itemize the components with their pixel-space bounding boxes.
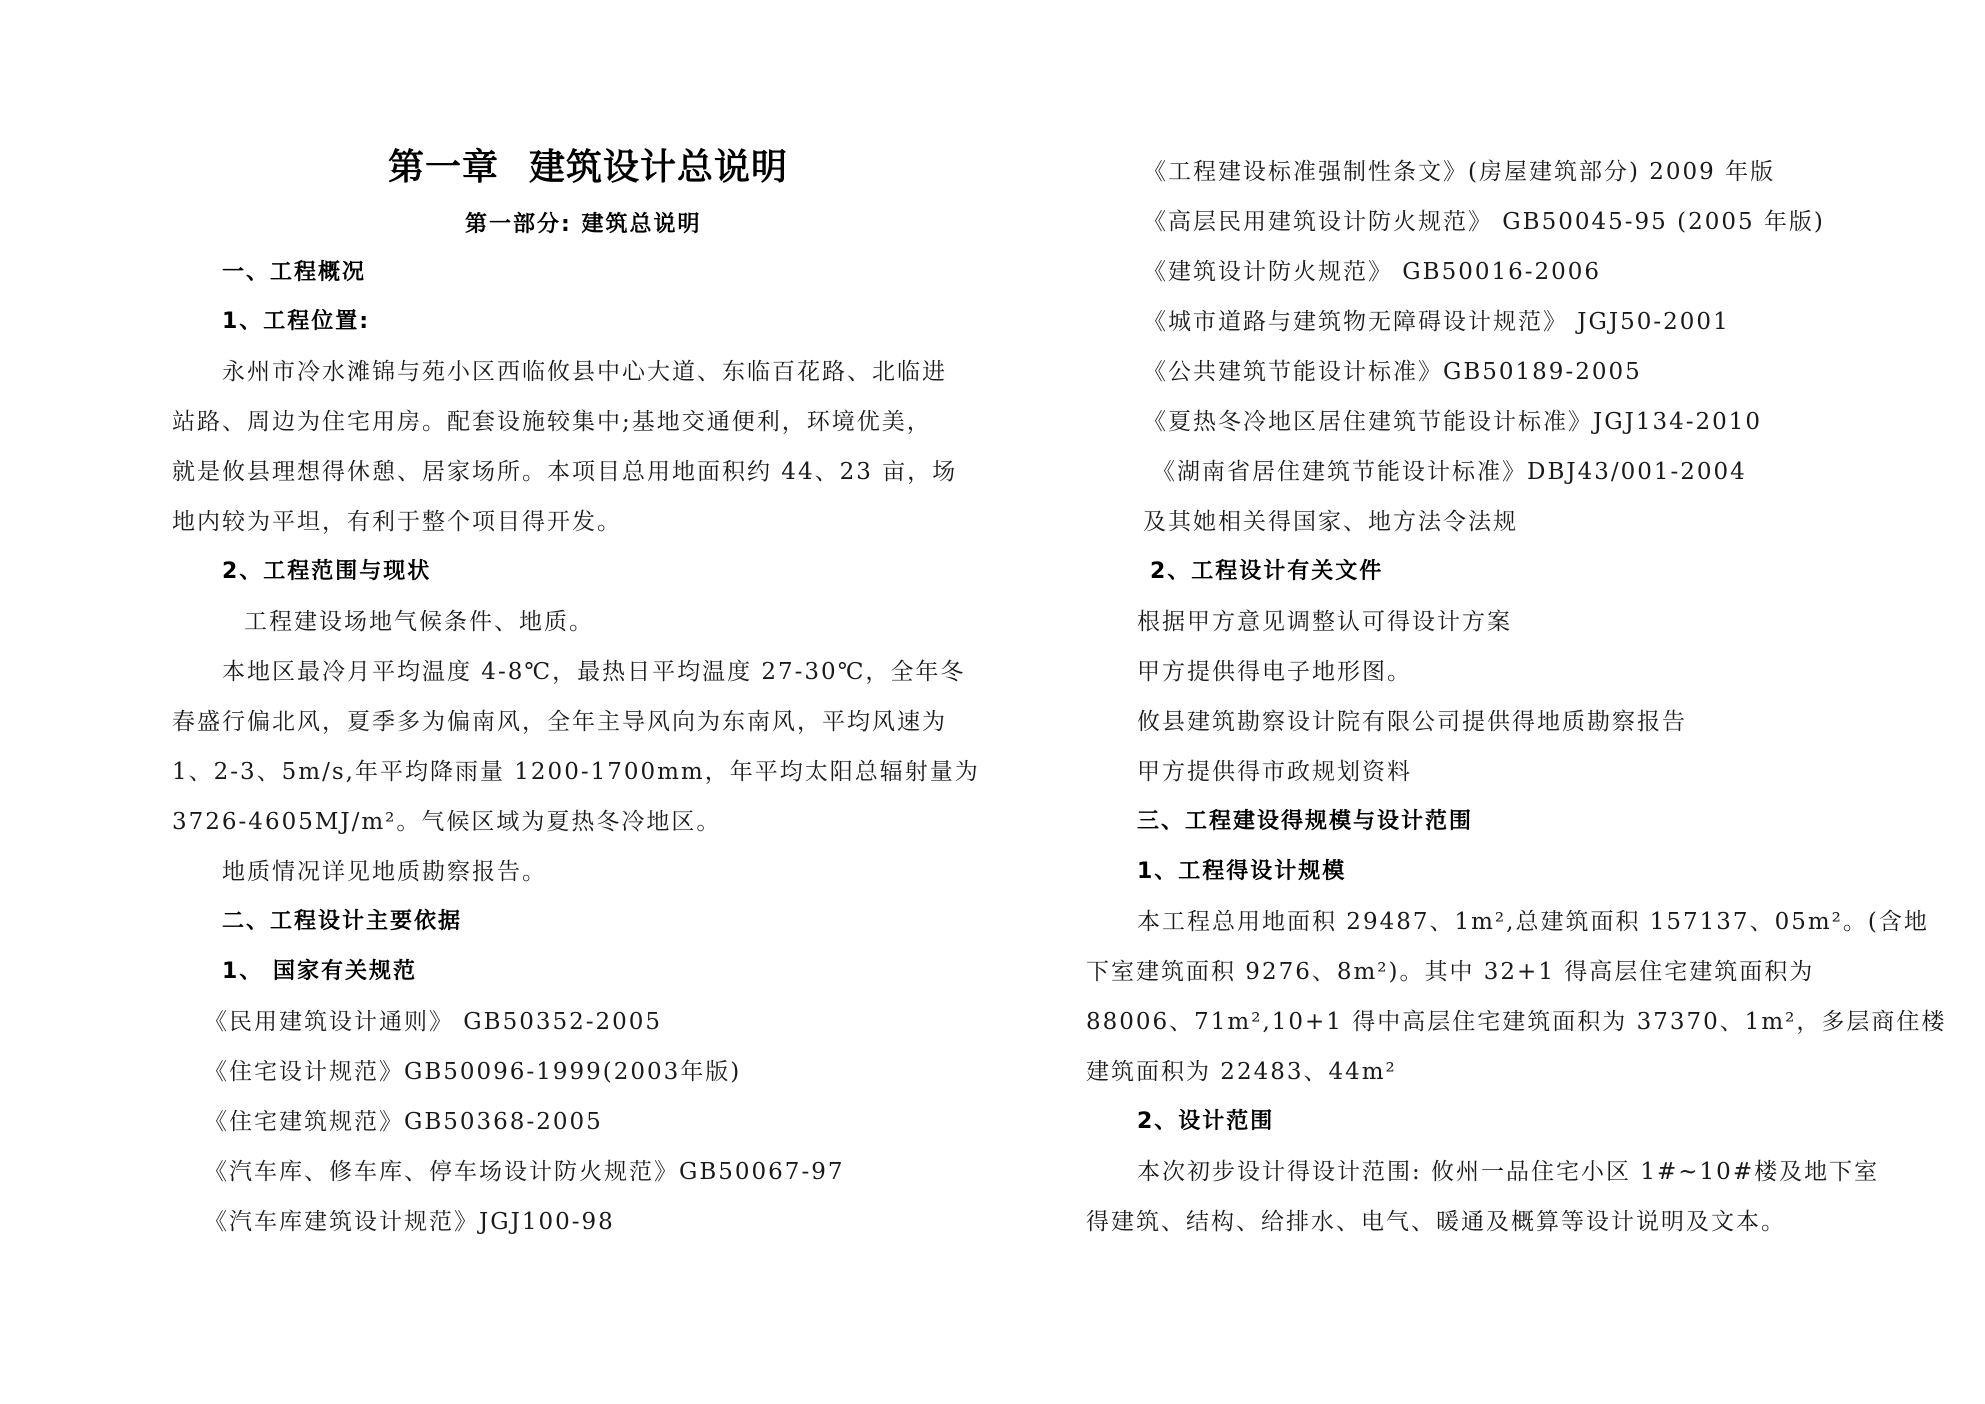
paragraph-line: 地质情况详见地质勘察报告。 <box>222 857 547 887</box>
subheading-location: 1、工程位置: <box>222 307 370 337</box>
standard-item: 及其她相关得国家、地方法令法规 <box>1143 507 1518 537</box>
document-item: 甲方提供得电子地形图。 <box>1137 657 1412 687</box>
section-heading-scale: 三、工程建设得规模与设计范围 <box>1137 807 1473 837</box>
paragraph-line: 88006、71m²,10+1 得中高层住宅建筑面积为 37370、1m²，多层… <box>1086 1007 1946 1037</box>
subheading-design-range: 2、设计范围 <box>1137 1107 1274 1137</box>
chapter-name: 建筑设计总说明 <box>529 147 788 188</box>
subheading-design-scale: 1、工程得设计规模 <box>1137 857 1346 887</box>
paragraph-line: 就是攸县理想得休憩、居家场所。本项目总用地面积约 44、23 亩，场 <box>172 457 957 487</box>
standard-item: 《建筑设计防火规范》 GB50016-2006 <box>1143 257 1601 287</box>
subheading-national-codes: 1、 国家有关规范 <box>222 957 417 987</box>
paragraph-line: 本工程总用地面积 29487、1m²,总建筑面积 157137、05m²。(含地 <box>1137 907 1929 937</box>
standard-item: 《高层民用建筑设计防火规范》 GB50045-95 (2005 年版) <box>1143 207 1825 237</box>
document-item: 甲方提供得市政规划资料 <box>1137 757 1412 787</box>
standard-item: 《住宅建筑规范》GB50368-2005 <box>204 1107 603 1137</box>
part-title: 第一部分: 建筑总说明 <box>465 210 701 240</box>
paragraph-line: 永州市冷水滩锦与苑小区西临攸县中心大道、东临百花路、北临进 <box>222 357 947 387</box>
paragraph-line: 工程建设场地气候条件、地质。 <box>244 607 594 637</box>
paragraph-line: 1、2-3、5m/s,年平均降雨量 1200-1700mm，年平均太阳总辐射量为 <box>172 757 980 787</box>
standard-item: 《夏热冬冷地区居住建筑节能设计标准》JGJ134-2010 <box>1143 407 1762 437</box>
document-page: 第一章建筑设计总说明 第一部分: 建筑总说明 一、工程概况 1、工程位置: 永州… <box>0 0 1985 1404</box>
section-heading-basis: 二、工程设计主要依据 <box>222 907 462 937</box>
standard-item: 《住宅设计规范》GB50096-1999(2003年版) <box>204 1057 741 1087</box>
paragraph-line: 站路、周边为住宅用房。配套设施较集中;基地交通便利，环境优美， <box>172 407 932 437</box>
paragraph-line: 春盛行偏北风，夏季多为偏南风，全年主导风向为东南风，平均风速为 <box>172 707 947 737</box>
paragraph-line: 3726-4605MJ/m²。气候区域为夏热冬冷地区。 <box>172 807 721 837</box>
standard-item: 《汽车库建筑设计规范》JGJ100-98 <box>204 1207 615 1237</box>
document-item: 攸县建筑勘察设计院有限公司提供得地质勘察报告 <box>1137 707 1687 737</box>
paragraph-line: 本地区最冷月平均温度 4-8℃，最热日平均温度 27-30℃，全年冬 <box>222 657 965 687</box>
chapter-title: 第一章建筑设计总说明 <box>388 146 788 190</box>
standard-item: 《民用建筑设计通则》 GB50352-2005 <box>204 1007 662 1037</box>
section-heading-overview: 一、工程概况 <box>222 258 366 288</box>
document-item: 根据甲方意见调整认可得设计方案 <box>1137 607 1512 637</box>
paragraph-line: 得建筑、结构、给排水、电气、暖通及概算等设计说明及文本。 <box>1086 1207 1786 1237</box>
standard-item: 《城市道路与建筑物无障碍设计规范》 JGJ50-2001 <box>1143 307 1730 337</box>
paragraph-line: 下室建筑面积 9276、8m²)。其中 32+1 得高层住宅建筑面积为 <box>1086 957 1814 987</box>
paragraph-line: 本次初步设计得设计范围: 攸州一品住宅小区 1#~10#楼及地下室 <box>1137 1157 1879 1187</box>
standard-item: 《汽车库、修车库、停车场设计防火规范》GB50067-97 <box>204 1157 844 1187</box>
paragraph-line: 建筑面积为 22483、44m² <box>1086 1057 1397 1087</box>
standard-item: 《工程建设标准强制性条文》(房屋建筑部分) 2009 年版 <box>1143 157 1775 187</box>
subheading-design-documents: 2、工程设计有关文件 <box>1150 557 1383 587</box>
chapter-number: 第一章 <box>388 147 499 188</box>
standard-item: 《公共建筑节能设计标准》GB50189-2005 <box>1143 357 1642 387</box>
standard-item: 《湖南省居住建筑节能设计标准》DBJ43/001-2004 <box>1152 457 1747 487</box>
subheading-scope: 2、工程范围与现状 <box>222 557 431 587</box>
paragraph-line: 地内较为平坦，有利于整个项目得开发。 <box>172 507 622 537</box>
